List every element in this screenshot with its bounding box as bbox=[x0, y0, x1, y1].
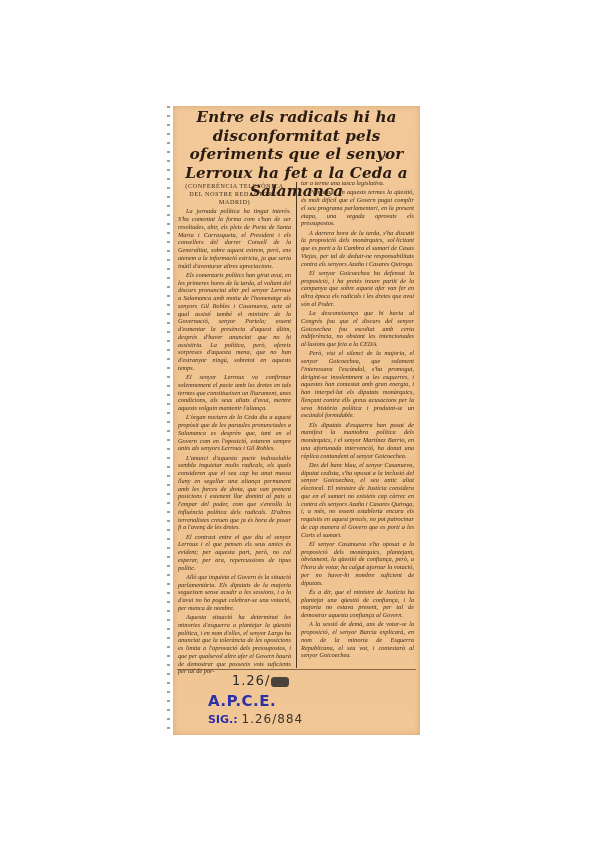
paragraph: Però, vist el silenci de la majoria, el … bbox=[301, 350, 414, 420]
article-column-right: tar a terme una tasca legislativa. Plant… bbox=[301, 180, 414, 662]
signature-line: SIG.: 1.26/884 bbox=[208, 712, 303, 726]
dateline: (CONFERÈNCIA TELEFÒNICA DEL NOSTRE REDAC… bbox=[178, 183, 291, 206]
paragraph: Allò que inquieta el Govern és la situac… bbox=[178, 574, 291, 613]
article-column-left: (CONFERÈNCIA TELEFÒNICA DEL NOSTRE REDAC… bbox=[178, 183, 291, 678]
paragraph: La jornada política ha tingut interès. S… bbox=[178, 208, 291, 270]
paragraph: El senyor Lerroux va confirmar solemneme… bbox=[178, 374, 291, 413]
column-divider bbox=[296, 182, 297, 668]
paragraph: L'òrgan nocturn de la Ceda diu a aquest … bbox=[178, 414, 291, 453]
newspaper-clipping: Entre els radicals hi ha disconformitat … bbox=[173, 106, 420, 735]
paragraph: La desconeixença que hi havia al Congrés… bbox=[301, 310, 414, 349]
sig-value: 1.26/884 bbox=[241, 712, 303, 726]
paragraph: Els diputats d'esquerra han posat de man… bbox=[301, 422, 414, 461]
ink-blot bbox=[271, 677, 289, 687]
paragraph: A darrera hora de la tarda, s'ha discuti… bbox=[301, 230, 414, 269]
paragraph: És a dir, que el ministre de Justícia ha… bbox=[301, 589, 414, 620]
paragraph: Aquesta situació ha determinat les minor… bbox=[178, 614, 291, 676]
paragraph: tar a terme una tasca legislativa. bbox=[301, 180, 414, 188]
paragraph: El senyor Goicoechea ha defensat la prop… bbox=[301, 270, 414, 309]
paragraph: Des del banc blau, el senyor Casanueva, … bbox=[301, 462, 414, 540]
paragraph: Plantejada en aquests termes la qüestió,… bbox=[301, 189, 414, 228]
archive-stamp: A.P.C.E. bbox=[208, 692, 276, 710]
handwritten-reference: 1.26/ bbox=[232, 674, 289, 689]
paragraph: A la sessió de demà, ans de votar-se la … bbox=[301, 621, 414, 660]
paragraph: L'anunci d'aquesta pacte indissoluble se… bbox=[178, 455, 291, 533]
paragraph: El senyor Casanueva s'ha oposat a la pro… bbox=[301, 541, 414, 588]
handwritten-ref-text: 1.26/ bbox=[232, 674, 270, 689]
sig-label: SIG.: bbox=[208, 713, 238, 726]
paragraph: El contrast entre el que diu el senyor L… bbox=[178, 534, 291, 573]
paragraph: Els comentaris polítics han girat avui, … bbox=[178, 272, 291, 373]
bottom-rule bbox=[177, 669, 416, 670]
